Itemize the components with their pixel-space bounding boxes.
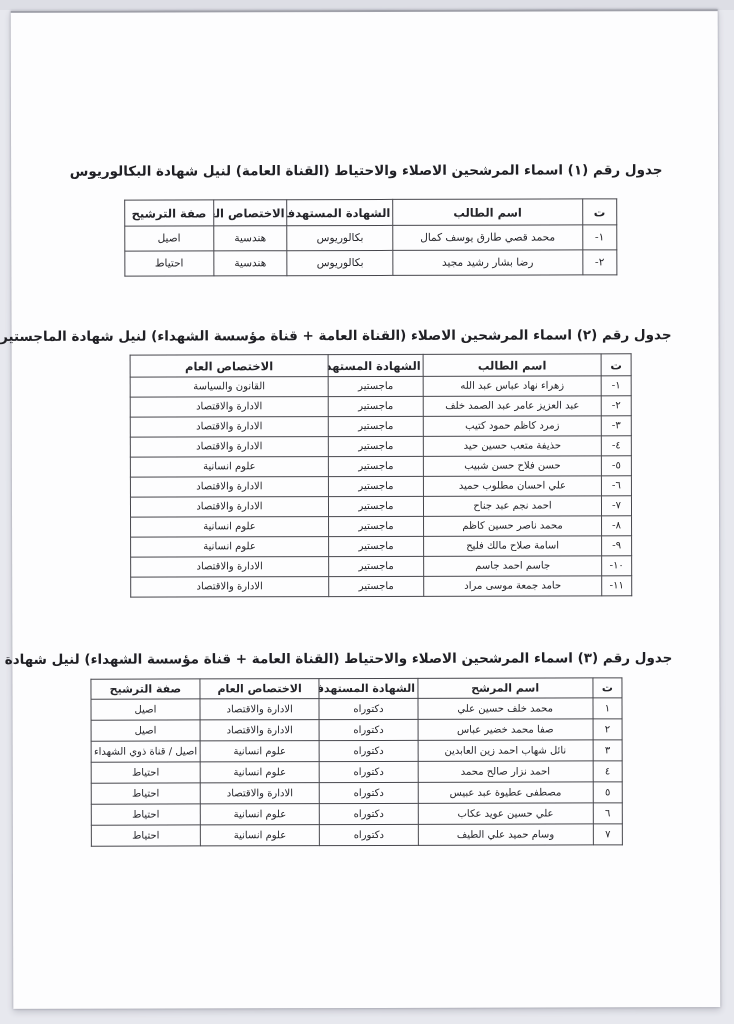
table-row: ٣نائل شهاب احمد زين العابديندكتوراهعلوم … [91, 740, 622, 762]
column-header: الشهادة المستهدفة [287, 199, 393, 225]
table-cell: محمد خلف حسين علي [418, 698, 593, 719]
table-cell: ٥ [593, 782, 622, 803]
table-cell: ٢- [601, 396, 631, 416]
table-cell: صفا محمد خضير عباس [418, 719, 593, 740]
doctorate-table-title: جدول رقم (٣) اسماء المرشحين الاصلاء والا… [62, 647, 672, 671]
table-cell: ٦- [601, 476, 631, 496]
table-cell: اصيل / قناة ذوي الشهداء [91, 741, 200, 762]
table-cell: نائل شهاب احمد زين العابدين [418, 740, 593, 761]
column-header: الشهادة المستهدفة [328, 354, 423, 376]
table-row: ٩-اسامة صلاح مالك فليحماجستيرعلوم انساني… [131, 536, 632, 557]
table-cell: اسامة صلاح مالك فليح [424, 536, 602, 556]
column-header: الاختصاص العام [213, 200, 287, 226]
table-cell: علوم انسانية [200, 804, 320, 825]
table-cell: الادارة والاقتصاد [130, 477, 328, 498]
table-cell: الادارة والاقتصاد [200, 720, 320, 741]
table-cell: القانون والسياسة [130, 377, 328, 398]
table-cell: رضا بشار رشيد مجيد [393, 250, 582, 275]
table-cell: هندسية [213, 251, 287, 276]
table-cell: ٨- [601, 516, 631, 536]
table-cell: ماجستير [328, 516, 423, 536]
column-header: ت [582, 199, 617, 225]
table-cell: اصيل [125, 226, 214, 251]
table-cell: حذيفة متعب حسين حيد [423, 436, 601, 456]
table-cell: الادارة والاقتصاد [131, 577, 329, 598]
column-header: اسم الطالب [423, 354, 601, 376]
table-cell: الادارة والاقتصاد [130, 437, 328, 458]
table-row: ٧وسام حميد علي الطيفدكتوراهعلوم انسانيةا… [91, 824, 622, 846]
table-cell: حسن فلاح حسن شبيب [423, 456, 601, 476]
table-cell: ماجستير [328, 436, 423, 456]
table-cell: ماجستير [328, 536, 423, 556]
table-cell: الادارة والاقتصاد [130, 397, 328, 418]
table-cell: علوم انسانية [200, 825, 320, 846]
table-cell: محمد قصي طارق يوسف كمال [393, 225, 582, 250]
table-cell: الادارة والاقتصاد [200, 699, 320, 720]
table-cell: علي احسان مطلوب حميد [424, 476, 602, 496]
table-cell: علوم انسانية [200, 762, 320, 783]
table-cell: زمرد كاظم حمود كتيب [423, 416, 601, 436]
table-row: ٢صفا محمد خضير عباسدكتوراهالادارة والاقت… [91, 719, 622, 741]
table-cell: الادارة والاقتصاد [130, 417, 328, 438]
table-cell: ١- [601, 376, 631, 396]
table-cell: بكالوريوس [287, 225, 393, 250]
table-cell: عبد العزيز عامر عبد الصمد خلف [423, 396, 601, 416]
table-cell: دكتوراه [320, 761, 418, 782]
table-row: ٤احمد نزار صالح محمددكتوراهعلوم انسانيةا… [91, 761, 622, 783]
table-header-row: تاسم الطالبالشهادة المستهدفةالاختصاص الع… [130, 354, 631, 377]
table-cell: ١- [582, 225, 617, 250]
table-cell: ماجستير [328, 416, 423, 436]
table-cell: الادارة والاقتصاد [130, 497, 328, 518]
table-cell: الادارة والاقتصاد [131, 557, 329, 578]
table-row: ٣-زمرد كاظم حمود كتيبماجستيرالادارة والا… [130, 416, 631, 437]
table-cell: احتياط [91, 804, 200, 825]
table-cell: ماجستير [328, 476, 423, 496]
table-cell: مصطفى عطيوة عبد عبيس [418, 782, 593, 803]
table-cell: علوم انسانية [130, 457, 328, 478]
master-table: تاسم الطالبالشهادة المستهدفةالاختصاص الع… [130, 353, 633, 597]
table-cell: ١ [593, 698, 622, 719]
table-row: ٧-احمد نجم عبد جناحماجستيرالادارة والاقت… [130, 496, 631, 517]
table-cell: علوم انسانية [131, 517, 329, 538]
table-cell: ٣- [601, 416, 631, 436]
table-cell: دكتوراه [320, 782, 418, 803]
table-cell: ٩- [602, 536, 632, 556]
table-cell: ٥- [601, 456, 631, 476]
table-row: ٤-حذيفة متعب حسين حيدماجستيرالادارة والا… [130, 436, 631, 457]
table-header-row: تاسم المرشحالشهادة المستهدفةالاختصاص الع… [91, 678, 622, 699]
table-header-row: تاسم الطالبالشهادة المستهدفةالاختصاص الع… [125, 199, 617, 226]
table-cell: علوم انسانية [131, 537, 329, 558]
column-header: ت [601, 354, 631, 376]
table-cell: احتياط [125, 251, 214, 276]
column-header: الاختصاص العام [200, 679, 320, 699]
table-cell: محمد ناصر حسين كاظم [424, 516, 602, 536]
table-cell: ماجستير [328, 456, 423, 476]
table-cell: الادارة والاقتصاد [200, 783, 320, 804]
table-cell: جاسم احمد جاسم [424, 556, 602, 576]
column-header: ت [593, 678, 622, 698]
master-table-title: جدول رقم (٢) اسماء المرشحين الاصلاء (الق… [62, 324, 672, 348]
table-row: ٦علي حسين عويد عكابدكتوراهعلوم انسانيةاح… [91, 803, 622, 825]
table-cell: ٧ [593, 824, 622, 845]
table-cell: علوم انسانية [200, 741, 320, 762]
table-cell: دكتوراه [320, 803, 418, 824]
table-cell: ٢ [593, 719, 622, 740]
table-row: ١١-حامد جمعة موسى مرادماجستيرالادارة وال… [131, 576, 632, 597]
doctorate-table: تاسم المرشحالشهادة المستهدفةالاختصاص الع… [90, 677, 622, 846]
table-cell: زهراء نهاد عباس عبد الله [423, 376, 601, 396]
table-cell: ١١- [602, 576, 632, 596]
table-cell: علي حسين عويد عكاب [418, 803, 593, 824]
table-cell: ٧- [601, 496, 631, 516]
table-cell: ٤ [593, 761, 622, 782]
table-cell: دكتوراه [320, 824, 418, 845]
column-header: الشهادة المستهدفة [319, 678, 417, 698]
table-cell: ٢- [582, 250, 617, 275]
table-row: ٨-محمد ناصر حسين كاظمماجستيرعلوم انسانية [131, 516, 632, 537]
table-row: ٢-رضا بشار رشيد مجيدبكالوريوسهندسيةاحتيا… [125, 250, 617, 276]
table-cell: اصيل [91, 699, 200, 720]
table-cell: احتياط [91, 783, 200, 804]
table-cell: بكالوريوس [287, 250, 393, 275]
table-cell: ٦ [593, 803, 622, 824]
table-cell: احمد نجم عبد جناح [424, 496, 602, 516]
table-cell: هندسية [213, 226, 287, 251]
scan-background: { "document": { "kind": "scanned-announc… [0, 0, 734, 1024]
document-page: جدول رقم (١) اسماء المرشحين الاصلاء والا… [11, 9, 721, 1009]
table-cell: ماجستير [328, 496, 423, 516]
column-header: صفة الترشيح [125, 200, 214, 226]
table-row: ١-محمد قصي طارق يوسف كمالبكالوريوسهندسية… [125, 225, 617, 251]
column-header: الاختصاص العام [130, 355, 328, 378]
bachelor-table-title: جدول رقم (١) اسماء المرشحين الاصلاء والا… [61, 159, 671, 183]
table-cell: ماجستير [328, 376, 423, 396]
table-cell: دكتوراه [319, 719, 417, 740]
table-row: ١٠-جاسم احمد جاسمماجستيرالادارة والاقتصا… [131, 556, 632, 577]
table-cell: احتياط [91, 825, 200, 846]
table-cell: ٤- [601, 436, 631, 456]
table-cell: ماجستير [328, 396, 423, 416]
column-header: صفة الترشيح [91, 679, 200, 699]
table-row: ٢-عبد العزيز عامر عبد الصمد خلفماجستيرال… [130, 396, 631, 417]
column-header: اسم الطالب [393, 199, 582, 225]
table-cell: وسام حميد علي الطيف [418, 824, 593, 845]
table-cell: ماجستير [329, 556, 424, 576]
table-row: ٥-حسن فلاح حسن شبيبماجستيرعلوم انسانية [130, 456, 631, 477]
table-cell: ١٠- [602, 556, 632, 576]
bachelor-table: تاسم الطالبالشهادة المستهدفةالاختصاص الع… [124, 198, 617, 276]
table-row: ١-زهراء نهاد عباس عبد اللهماجستيرالقانون… [130, 376, 631, 397]
table-cell: ٣ [593, 740, 622, 761]
table-cell: احتياط [91, 762, 200, 783]
column-header: اسم المرشح [418, 678, 593, 698]
table-cell: حامد جمعة موسى مراد [424, 576, 602, 596]
table-cell: ماجستير [329, 576, 424, 596]
table-row: ١محمد خلف حسين عليدكتوراهالادارة والاقتص… [91, 698, 622, 720]
table-cell: اصيل [91, 720, 200, 741]
table-cell: دكتوراه [319, 740, 417, 761]
table-cell: احمد نزار صالح محمد [418, 761, 593, 782]
table-row: ٦-علي احسان مطلوب حميدماجستيرالادارة وال… [130, 476, 631, 497]
table-row: ٥مصطفى عطيوة عبد عبيسدكتوراهالادارة والا… [91, 782, 622, 804]
table-cell: دكتوراه [319, 698, 417, 719]
